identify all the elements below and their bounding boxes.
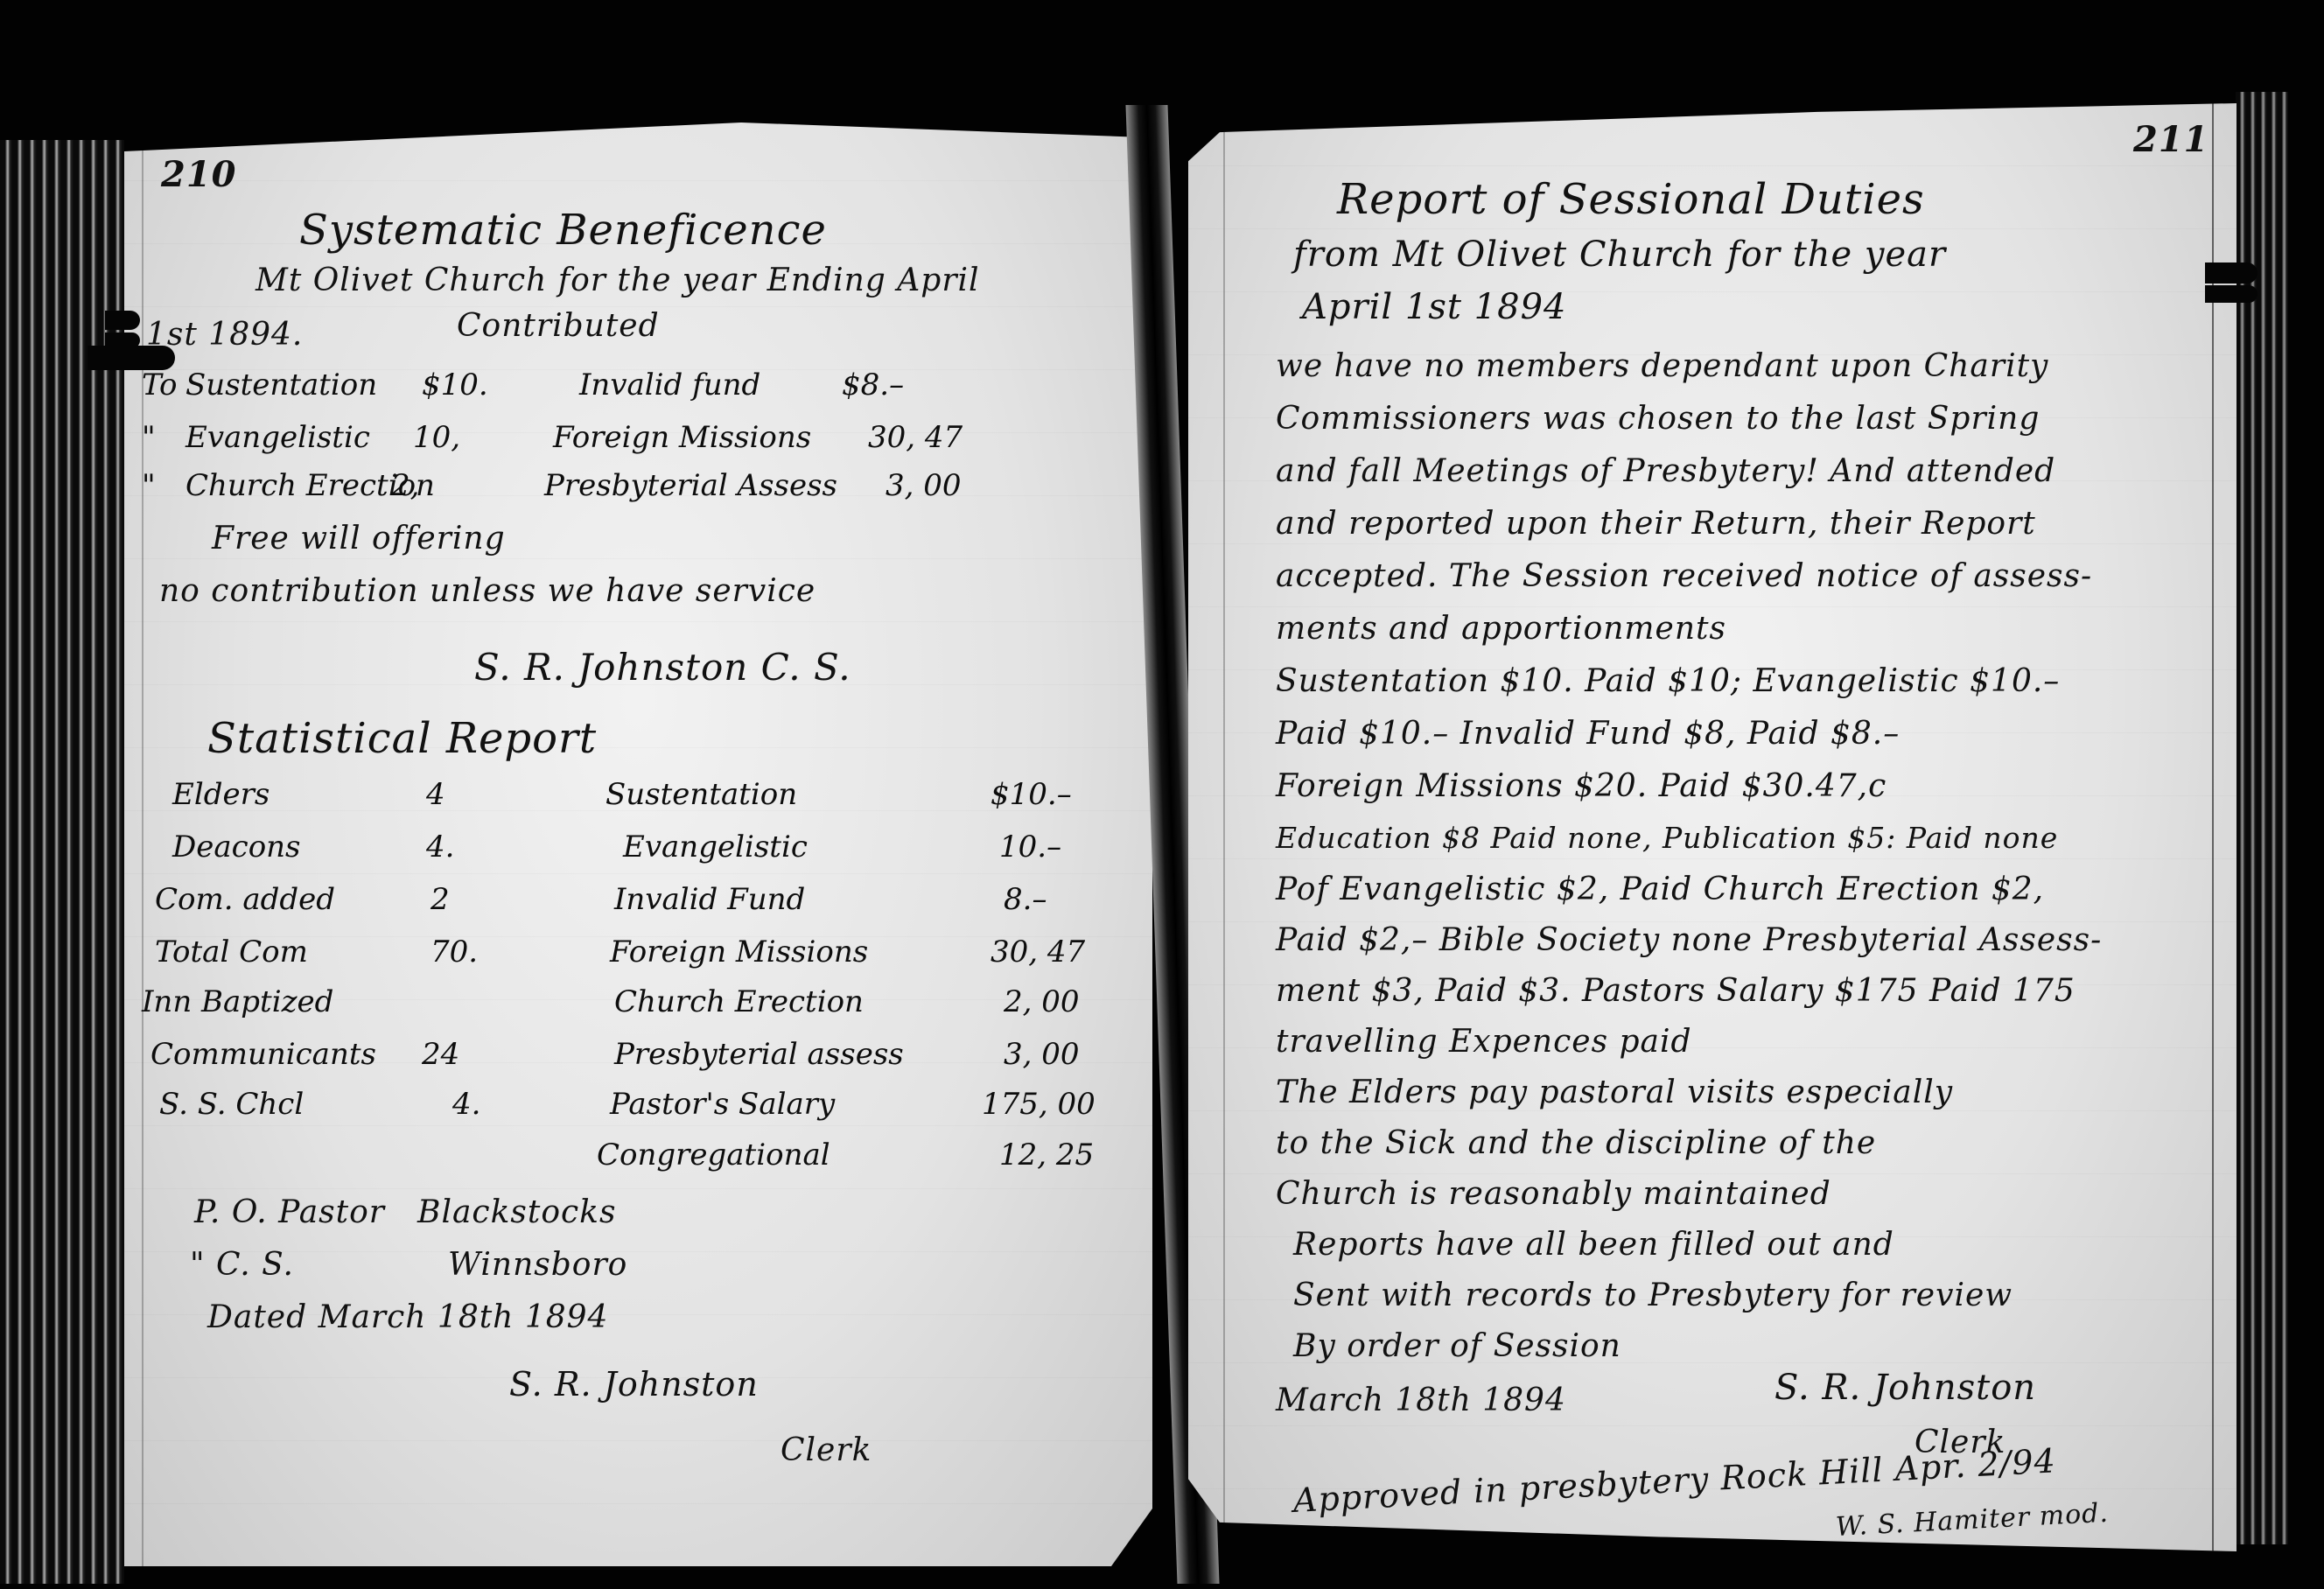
right-page: 211 Report of Sessional Duties from Mt O… bbox=[1188, 103, 2236, 1551]
subtitle-line-1: Mt Olivet Church for the year Ending Apr… bbox=[255, 262, 980, 298]
scan-background: 210 Systematic Beneficence Mt Olivet Chu… bbox=[0, 0, 2324, 1589]
right-clasp-lower bbox=[2205, 285, 2257, 303]
body-line: By order of Session bbox=[1293, 1328, 1621, 1364]
body-line: Pof Evangelistic $2, Paid Church Erectio… bbox=[1276, 871, 2044, 907]
body-line: Church is reasonably maintained bbox=[1276, 1176, 1831, 1212]
table-row: Total Com 70. Foreign Missions 30, 47 bbox=[124, 934, 1152, 987]
body-line: Reports have all been filled out and bbox=[1293, 1227, 1894, 1263]
clerk-signature: S. R. Johnston bbox=[1774, 1368, 2036, 1408]
contribution-row: " Evangelistic 10, Foreign Missions 30, … bbox=[124, 420, 1152, 472]
body-line: Education $8 Paid none, Publication $5: … bbox=[1276, 821, 2058, 855]
margin-rule bbox=[1223, 103, 1225, 1551]
free-will-offering: Free will offering bbox=[212, 521, 506, 556]
subtitle-line-2: April 1st 1894 bbox=[1302, 287, 1566, 327]
signature-cs: S. R. Johnston C. S. bbox=[474, 646, 851, 689]
table-row: Com. added 2 Invalid Fund 8.– bbox=[124, 882, 1152, 934]
table-row: Elders 4 Sustentation $10.– bbox=[124, 777, 1152, 829]
subtitle-line-1: from Mt Olivet Church for the year bbox=[1293, 234, 1946, 275]
statistical-report-title: Statistical Report bbox=[207, 714, 597, 763]
clerk-role: Clerk bbox=[780, 1432, 871, 1468]
contribution-row: " Church Erection 2, Presbyterial Assess… bbox=[124, 468, 1152, 521]
body-line: Commissioners was chosen to the last Spr… bbox=[1276, 401, 2040, 437]
body-line: Sustentation $10. Paid $10; Evangelistic… bbox=[1276, 663, 2060, 699]
clerk-signature: S. R. Johnston bbox=[509, 1365, 759, 1403]
cs-location: Winnsboro bbox=[448, 1247, 627, 1283]
pastor-location: Blackstocks bbox=[417, 1194, 616, 1230]
pastor-label: P. O. Pastor bbox=[194, 1194, 385, 1230]
body-line: accepted. The Session received notice of… bbox=[1276, 558, 2092, 594]
body-line: ments and apportionments bbox=[1276, 611, 1726, 647]
left-page: 210 Systematic Beneficence Mt Olivet Chu… bbox=[124, 122, 1152, 1566]
body-line: ment $3, Paid $3. Pastors Salary $175 Pa… bbox=[1276, 973, 2075, 1009]
page-title: Report of Sessional Duties bbox=[1337, 175, 1925, 224]
no-contribution-note: no contribution unless we have service bbox=[159, 573, 815, 609]
body-line: Paid $10.– Invalid Fund $8, Paid $8.– bbox=[1276, 716, 1900, 752]
body-line: Paid $2,– Bible Society none Presbyteria… bbox=[1276, 922, 2102, 958]
table-row: S. S. Chcl 4. Pastor's Salary 175, 00 bbox=[124, 1087, 1152, 1139]
body-line: and fall Meetings of Presbytery! And att… bbox=[1276, 453, 2055, 489]
body-line: we have no members dependant upon Charit… bbox=[1276, 348, 2048, 384]
table-row: Inn Baptized Church Erection 2, 00 bbox=[124, 984, 1152, 1037]
moderator-signature: W. S. Hamiter mod. bbox=[1835, 1498, 2110, 1543]
cs-label: " C. S. bbox=[190, 1247, 294, 1283]
table-row: Communicants 24 Presbyterial assess 3, 0… bbox=[124, 1037, 1152, 1089]
page-title: Systematic Beneficence bbox=[299, 206, 827, 255]
body-line: Foreign Missions $20. Paid $30.47,c bbox=[1276, 768, 1886, 804]
page-number: 210 bbox=[161, 154, 237, 195]
left-clasp-upper bbox=[105, 311, 140, 330]
body-line: to the Sick and the discipline of the bbox=[1276, 1125, 1876, 1161]
left-clasp-lower bbox=[87, 346, 175, 370]
right-clasp-upper bbox=[2205, 262, 2257, 283]
contribution-row: To Sustentation $10. Invalid fund $8.– bbox=[124, 367, 1152, 420]
body-line: Sent with records to Presbytery for revi… bbox=[1293, 1277, 2012, 1313]
right-margin-rule bbox=[2212, 103, 2214, 1551]
body-line: and reported upon their Return, their Re… bbox=[1276, 506, 2036, 542]
body-line: The Elders pay pastoral visits especiall… bbox=[1276, 1074, 1953, 1110]
dated-line: Dated March 18th 1894 bbox=[207, 1299, 608, 1335]
table-row: Deacons 4. Evangelistic 10.– bbox=[124, 829, 1152, 882]
table-row: Congregational 12, 25 bbox=[124, 1137, 1152, 1190]
body-line: travelling Expences paid bbox=[1276, 1024, 1692, 1060]
report-date: March 18th 1894 bbox=[1276, 1382, 1566, 1418]
right-fore-edge bbox=[2236, 92, 2288, 1544]
contributed-label: Contributed bbox=[457, 308, 660, 344]
page-number: 211 bbox=[2133, 119, 2209, 160]
